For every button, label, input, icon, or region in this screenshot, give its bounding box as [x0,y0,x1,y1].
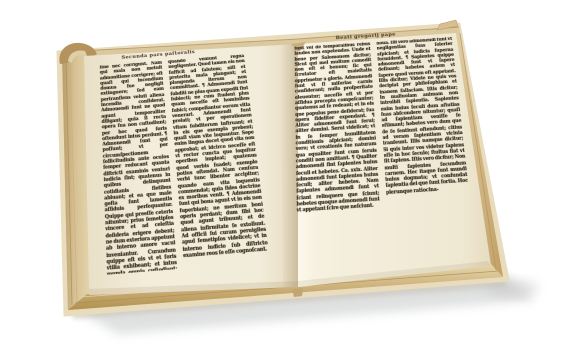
right-page-text: Beati gregorij pape ſunt vel de temporal… [291,28,479,261]
text-column: ſunt vel de temporalibus rebus laudes no… [294,42,383,261]
right-page-columns: ſunt vel de temporalibus rebus laudes no… [291,37,479,262]
left-page-columns: fine nec corrigunt. Nam qui mala non met… [97,54,274,275]
left-page-text: Secunda pars paſtoralis fine nec corrigu… [96,45,273,275]
text-column: fine nec corrigunt. Nam qui mala non met… [100,61,178,275]
book-photo: Secunda pars paſtoralis fine nec corrigu… [0,0,570,360]
book-render [0,0,570,360]
